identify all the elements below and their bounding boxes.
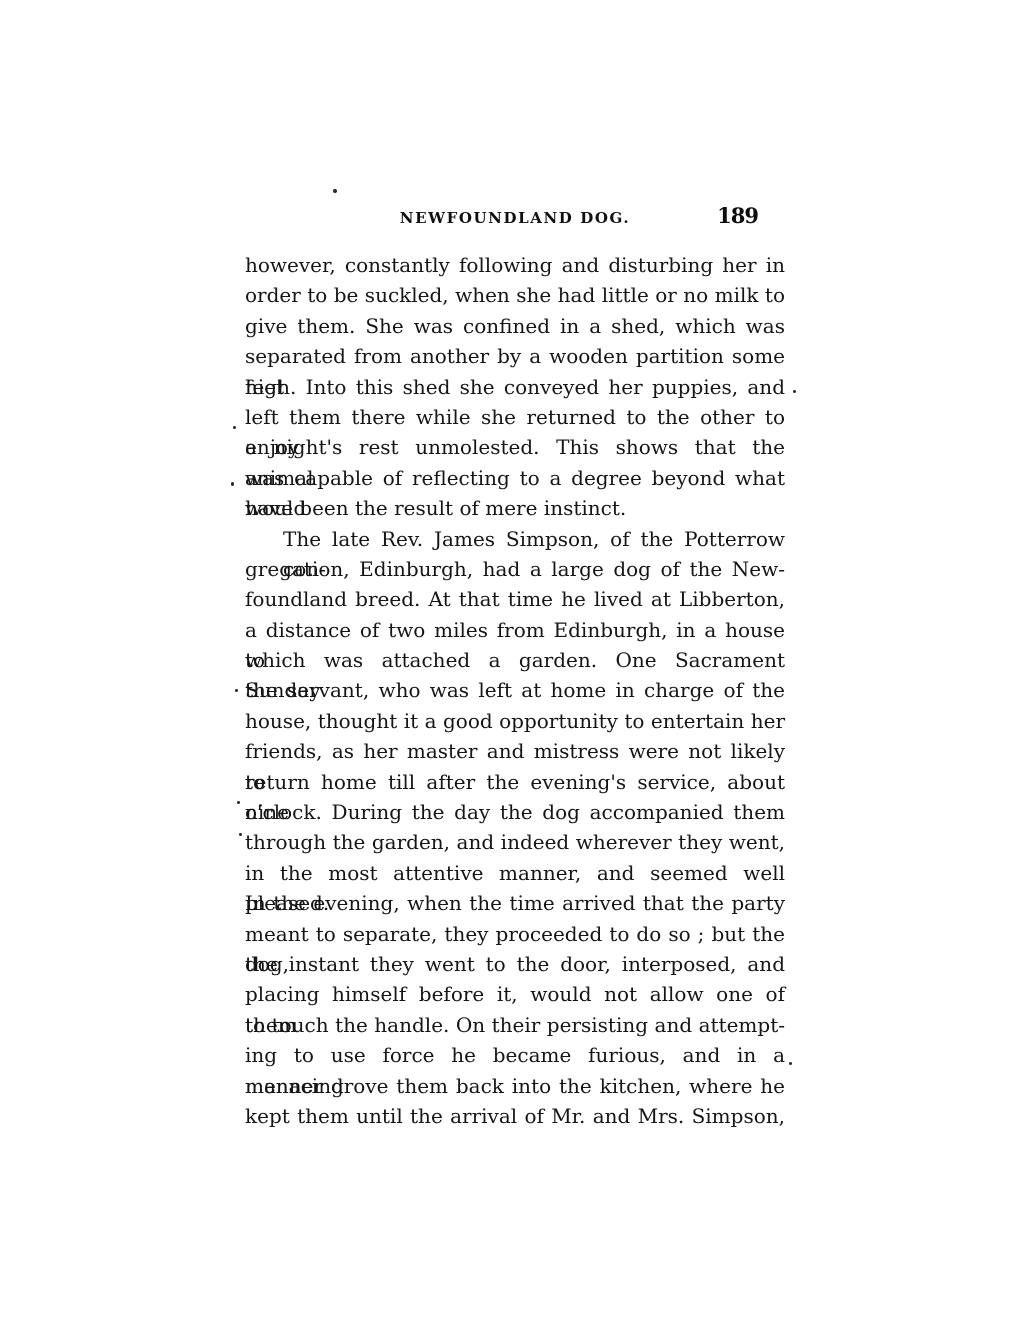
text-line: have been the result of mere instinct. [245,493,785,523]
running-head: NEWFOUNDLAND DOG. [245,208,785,227]
text-line: a distance of two miles from Edinburgh, … [245,615,785,645]
ink-speck [237,801,240,804]
text-line: house, thought it a good opportunity to … [245,706,785,736]
text-line: a night's rest unmolested. This shows th… [245,432,785,462]
text-line: order to be suckled, when she had little… [245,280,785,310]
page-number: 189 [710,203,758,228]
text-line: foundland breed. At that time he lived a… [245,584,785,614]
text-line: left them there while she returned to th… [245,402,785,432]
ink-speck [233,426,236,429]
text-line: meant to separate, they proceeded to do … [245,919,785,949]
text-line: the instant they went to the door, inter… [245,949,785,979]
ink-speck [789,1062,792,1065]
ink-speck [793,390,796,393]
text-line: the servant, who was left at home in cha… [245,675,785,705]
text-line: ing to use force he became furious, and … [245,1040,785,1070]
text-line: high. Into this shed she conveyed her pu… [245,372,785,402]
text-line: The late Rev. James Simpson, of the Pott… [245,524,785,554]
text-line: kept them until the arrival of Mr. and M… [245,1101,785,1131]
ink-speck [235,689,238,692]
text-line: give them. She was confined in a shed, w… [245,311,785,341]
ink-speck [231,482,234,486]
text-line: return home till after the evening's ser… [245,767,785,797]
text-line: however, constantly following and distur… [245,250,785,280]
text-line: to touch the handle. On their persisting… [245,1010,785,1040]
text-line: In the evening, when the time arrived th… [245,888,785,918]
text-line: in the most attentive manner, and seemed… [245,858,785,888]
text-line: gregation, Edinburgh, had a large dog of… [245,554,785,584]
text-line: was capable of reflecting to a degree be… [245,463,785,493]
text-line: o'clock. During the day the dog accompan… [245,797,785,827]
text-line: separated from another by a wooden parti… [245,341,785,371]
text-line: which was attached a garden. One Sacrame… [245,645,785,675]
text-line: friends, as her master and mistress were… [245,736,785,766]
ink-speck [239,833,242,836]
text-line: placing himself before it, would not all… [245,979,785,1009]
book-page-scan: NEWFOUNDLAND DOG. 189 however, constantl… [0,0,1033,1339]
page-text: however, constantly following and distur… [245,250,785,1131]
running-title: NEWFOUNDLAND DOG. [400,209,630,227]
text-line: through the garden, and indeed wherever … [245,827,785,857]
text-line: manner drove them back into the kitchen,… [245,1071,785,1101]
ink-speck [333,189,337,193]
